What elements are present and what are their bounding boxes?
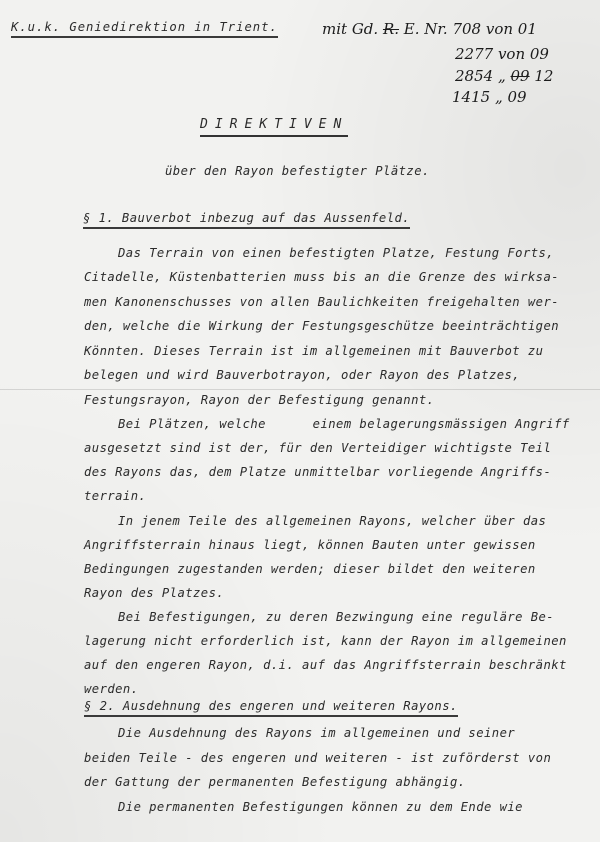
text-line: auf den engeren Rayon, d.i. auf das Angr… xyxy=(84,658,567,672)
annotation-line-3: 2854 „ 09 12 xyxy=(455,67,553,85)
text-line: Die Ausdehnung des Rayons im allgemeinen… xyxy=(118,726,515,740)
text-line: Festungsrayon, Rayon der Befestigung gen… xyxy=(84,393,434,407)
text-line: Bei Befestigungen, zu deren Bezwingung e… xyxy=(118,610,554,624)
section-2-heading: § 2. Ausdehnung des engeren und weiteren… xyxy=(84,699,458,717)
letterhead: K.u.k. Geniedirektion in Trient. xyxy=(11,20,278,38)
document-subtitle: über den Rayon befestigter Plätze. xyxy=(165,164,430,178)
text-line: Bedingungen zugestanden werden; dieser b… xyxy=(84,562,536,576)
text-line: Angriffsterrain hinaus liegt, können Bau… xyxy=(84,538,536,552)
annotation-line-4: 1415 „ 09 xyxy=(452,88,527,106)
document-title: DIREKTIVEN xyxy=(200,117,348,137)
text-line: belegen und wird Bauverbotrayon, oder Ra… xyxy=(84,368,520,382)
text-line: Citadelle, Küstenbatterien muss bis an d… xyxy=(84,270,559,284)
paper-fold-line xyxy=(0,389,600,390)
text-line: Bei Plätzen, welche einem belagerungsmäs… xyxy=(118,417,570,431)
text-line: Rayon des Platzes. xyxy=(84,586,224,600)
text-line: den, welche die Wirkung der Festungsgesc… xyxy=(84,319,559,333)
text-line: In jenem Teile des allgemeinen Rayons, w… xyxy=(118,514,546,528)
annotation-line-1: mit Gd. R. E. Nr. 708 von 01 xyxy=(322,20,537,38)
text-line: des Rayons das, dem Platze unmittelbar v… xyxy=(84,465,551,479)
document-page: K.u.k. Geniedirektion in Trient. mit Gd.… xyxy=(0,0,600,842)
text-line: terrain. xyxy=(84,489,146,503)
text-line: Die permanenten Befestigungen können zu … xyxy=(118,800,523,814)
text-line: ausgesetzt sind ist der, für den Verteid… xyxy=(84,441,551,455)
text-line: beiden Teile - des engeren und weiteren … xyxy=(84,751,551,765)
text-line: der Gattung der permanenten Befestigung … xyxy=(84,775,466,789)
text-line: werden. xyxy=(84,682,139,696)
annotation-line-2: 2277 von 09 xyxy=(455,45,549,63)
text-line: Könnten. Dieses Terrain ist im allgemein… xyxy=(84,344,543,358)
section-1-heading: § 1. Bauverbot inbezug auf das Aussenfel… xyxy=(83,211,410,229)
text-line: men Kanonenschusses von allen Baulichkei… xyxy=(84,295,559,309)
text-line: Das Terrain von einen befestigten Platze… xyxy=(118,246,554,260)
text-line: lagerung nicht erforderlich ist, kann de… xyxy=(84,634,567,648)
